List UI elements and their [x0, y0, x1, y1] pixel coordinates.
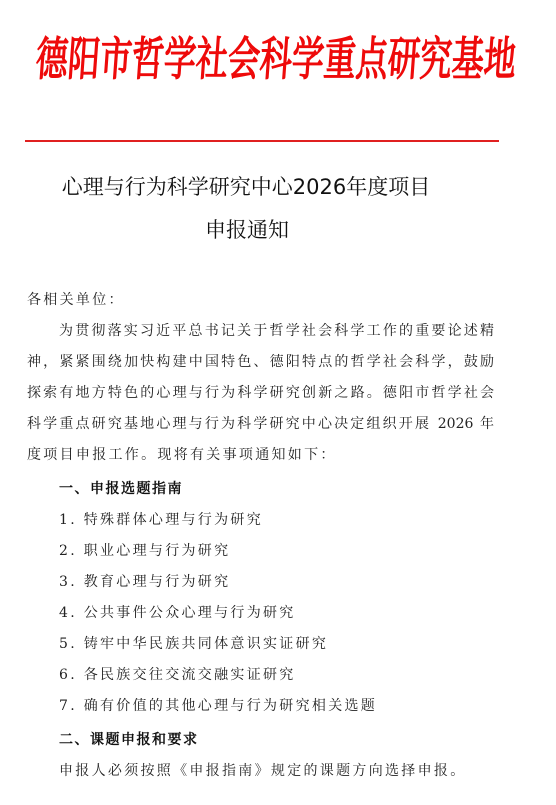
masthead-char: 市 [98, 36, 133, 82]
masthead-char: 点 [354, 36, 389, 82]
masthead-char: 哲 [130, 36, 165, 82]
section-heading-application-requirements: 二、课题申报和要求 [59, 731, 494, 749]
intro-paragraph-line: 探索有地方特色的心理与行为科学研究创新之路。德阳市哲学社会 [27, 384, 494, 402]
topic-list-item: 1. 特殊群体心理与行为研究 [59, 511, 494, 529]
topic-list-item: 7. 确有价值的其他心理与行为研究相关选题 [59, 697, 494, 715]
red-divider [25, 140, 499, 142]
masthead-char: 社 [194, 36, 229, 82]
topic-list-item: 3. 教育心理与行为研究 [59, 573, 494, 591]
intro-paragraph-line: 为贯彻落实习近平总书记关于哲学社会科学工作的重要论述精 [59, 322, 494, 340]
masthead-char: 究 [419, 36, 454, 82]
document-title-line1: 心理与行为科学研究中心2026年度项目 [0, 177, 524, 198]
salutation: 各相关单位： [27, 291, 494, 309]
intro-paragraph-line: 神，紧紧围绕加快构建中国特色、德阳特点的哲学社会科学，鼓励 [27, 353, 494, 371]
section-heading-topic-guide: 一、申报选题指南 [59, 480, 494, 498]
requirement-text: 申报人必须按照《申报指南》规定的课题方向选择申报。 [59, 762, 494, 780]
topic-list-item: 4. 公共事件公众心理与行为研究 [59, 604, 494, 622]
masthead-char: 地 [483, 36, 518, 82]
topic-list-item: 5. 铸牢中华民族共同体意识实证研究 [59, 635, 494, 653]
topic-list-item: 2. 职业心理与行为研究 [59, 542, 494, 560]
document-title-line2: 申报通知 [0, 220, 525, 241]
masthead-char: 基 [451, 36, 486, 82]
intro-paragraph-line: 度项目申报工作。现将有关事项通知如下： [27, 446, 494, 464]
masthead-char: 重 [322, 36, 357, 82]
topic-list-item: 6. 各民族交往交流交融实证研究 [59, 666, 494, 684]
masthead-char: 德 [34, 36, 69, 82]
masthead-char: 阳 [66, 36, 101, 82]
masthead-char: 学 [162, 36, 197, 82]
masthead-char: 科 [258, 36, 293, 82]
masthead-char: 研 [386, 36, 421, 82]
intro-paragraph-line: 科学重点研究基地心理与行为科学研究中心决定组织开展 2026 年 [27, 415, 494, 433]
masthead-char: 学 [290, 36, 325, 82]
masthead: 德 阳 市 哲 学 社 会 科 学 重 点 研 究 基 地 [36, 28, 472, 90]
masthead-char: 会 [226, 36, 261, 82]
